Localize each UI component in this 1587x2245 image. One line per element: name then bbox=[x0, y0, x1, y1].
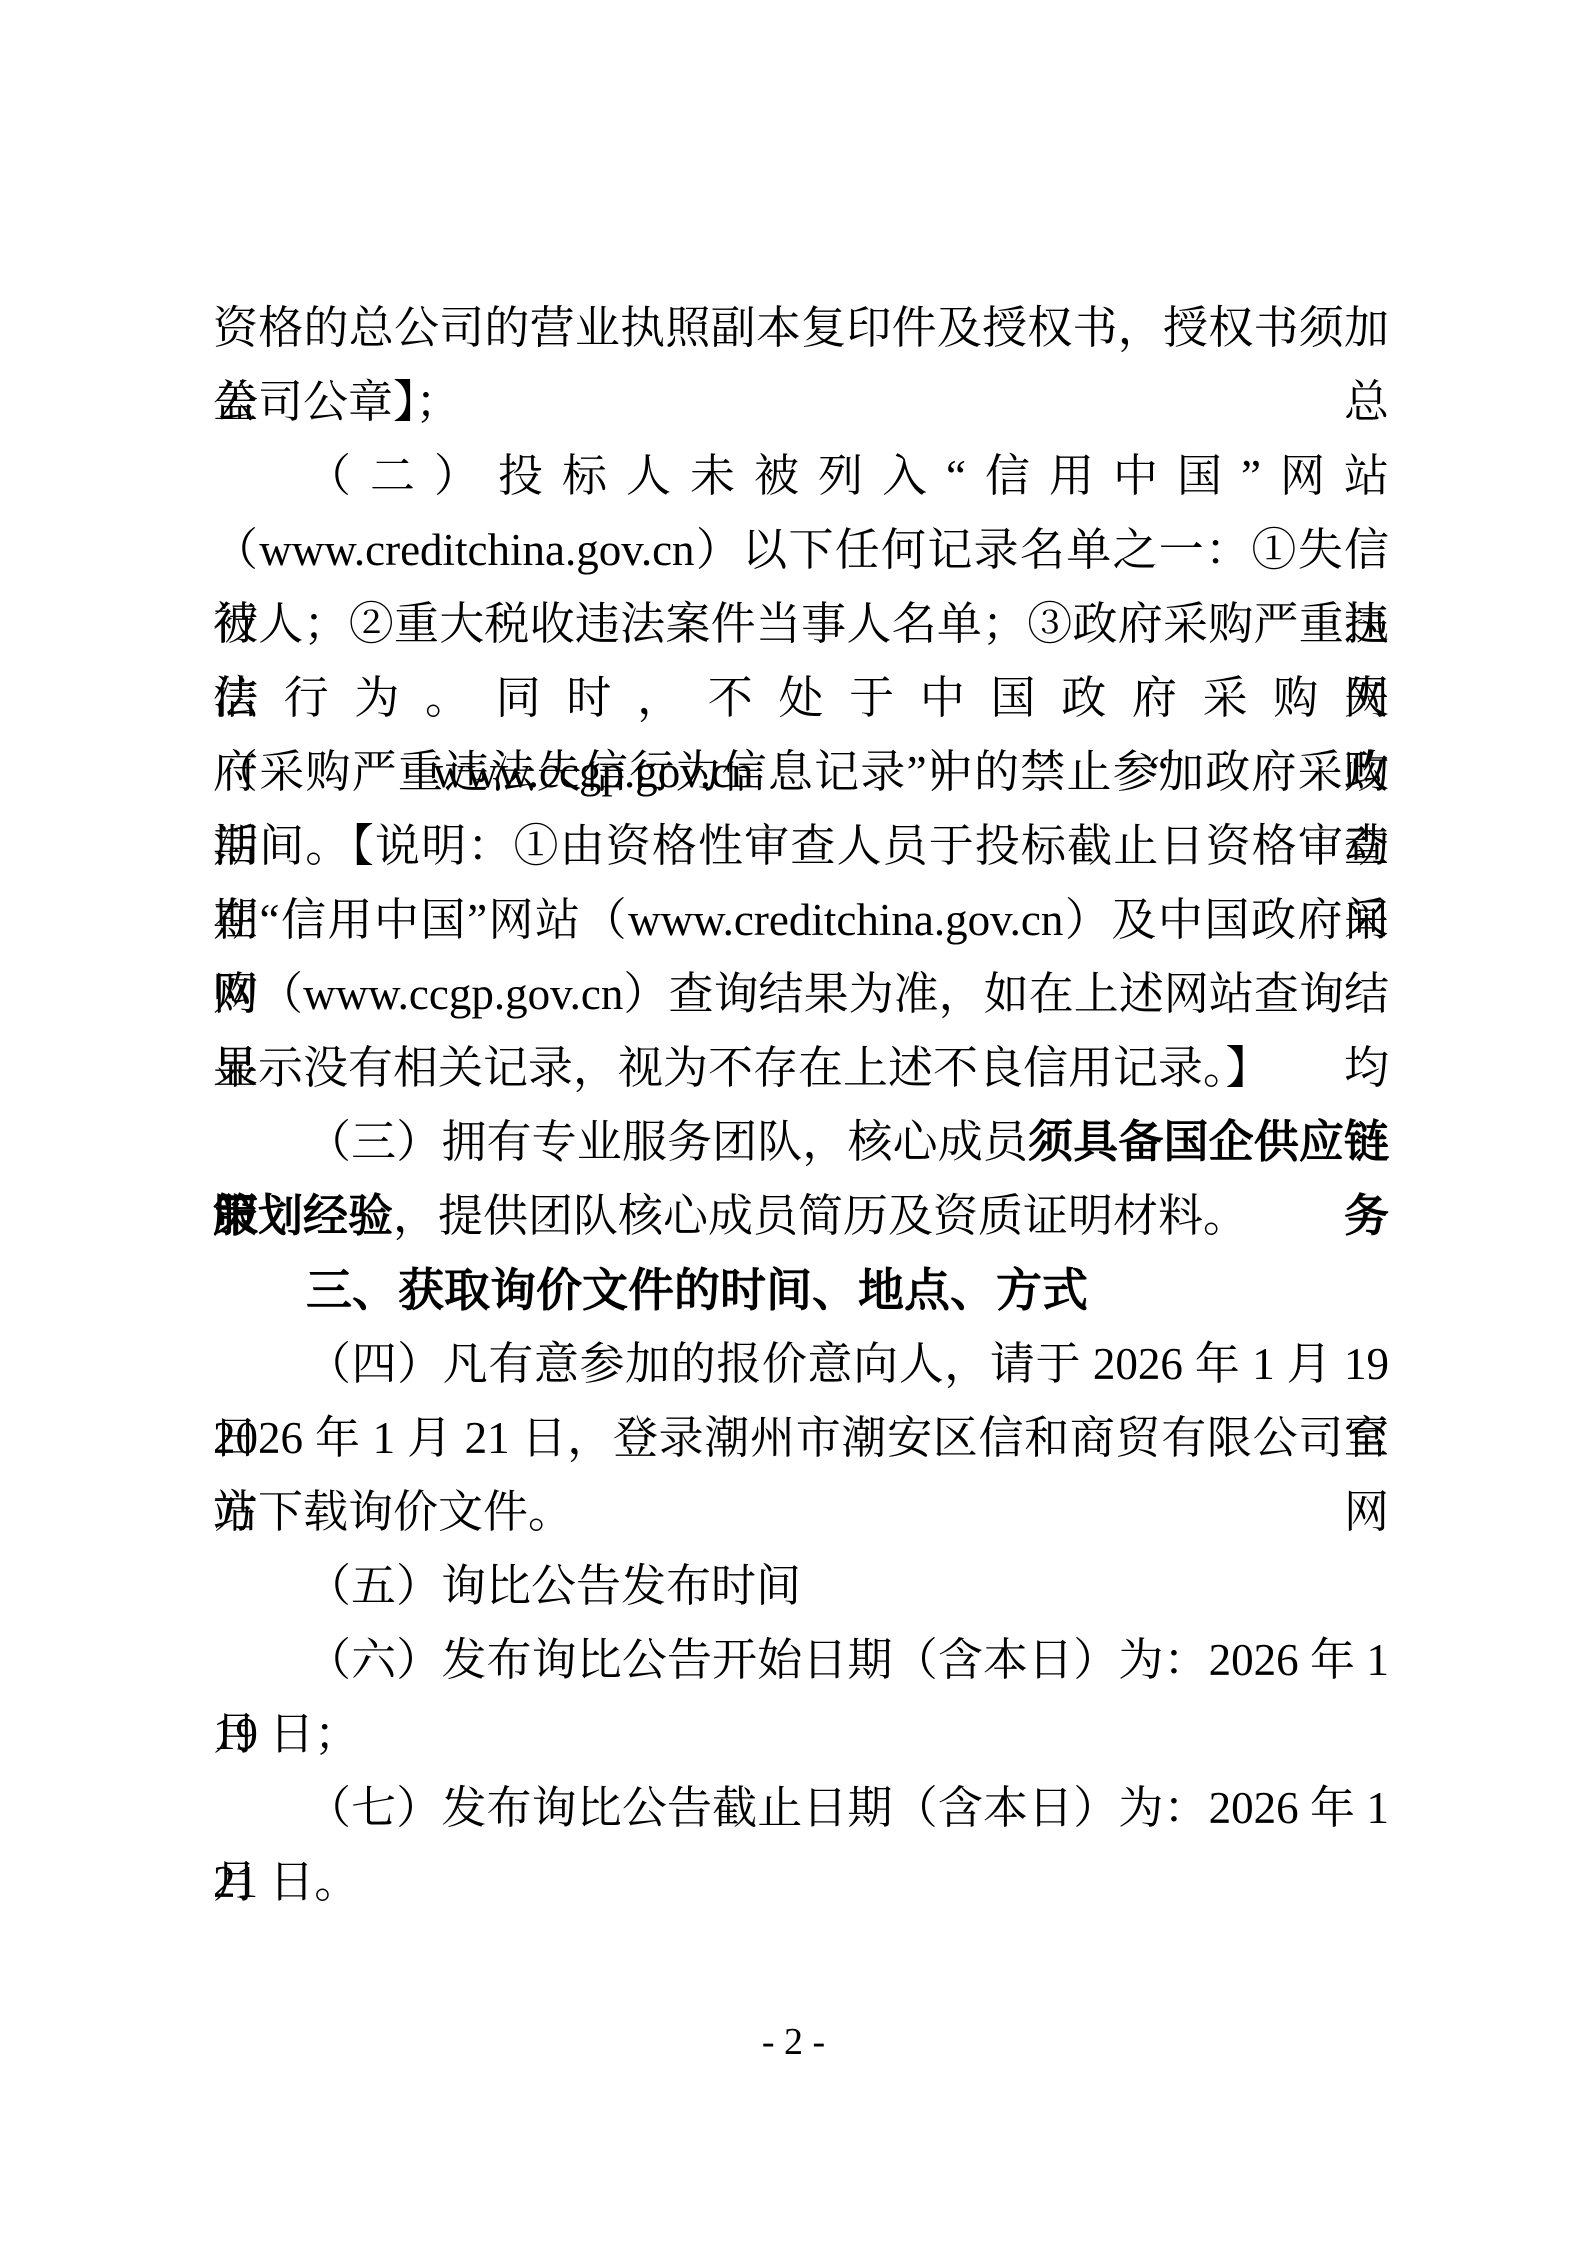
paragraph-line: 2026 年 1 月 21 日，登录潮州市潮安区信和商贸有限公司官方网 bbox=[213, 1401, 1389, 1475]
line-text: （三）拥有专业服务团队，核心成员 bbox=[306, 1117, 1028, 1167]
section-3-heading: 三、获取询价文件的时间、地点、方式 bbox=[213, 1253, 1389, 1327]
paragraph-line-item-2: （二）投标人未被列入“信用中国”网站 bbox=[213, 439, 1389, 513]
line-text: 公司公章】； bbox=[213, 377, 461, 427]
paragraph-line-item-7: （七）发布询比公告截止日期（含本日）为：2026 年 1 月 bbox=[213, 1771, 1389, 1845]
paragraph-line-item-6: （六）发布询比公告开始日期（含本日）为：2026 年 1 月 bbox=[213, 1623, 1389, 1697]
paragraph-line: 行人；②重大税收违法案件当事人名单；③政府采购严重违法失 bbox=[213, 587, 1389, 661]
line-text-emphasis: 策划经验 bbox=[213, 1191, 393, 1241]
line-text: （五）询比公告发布时间 bbox=[306, 1561, 801, 1611]
heading-text: 三、获取询价文件的时间、地点、方式 bbox=[306, 1264, 1088, 1316]
line-text: 显示没有相关记录，视为不存在上述不良信用记录。】 bbox=[213, 1043, 1271, 1093]
paragraph-line: 19 日； bbox=[213, 1697, 1389, 1771]
paragraph-line: 信行为。同时，不处于中国政府采购网（www.ccgp.gov.cn）“政 bbox=[213, 661, 1389, 735]
paragraph-line: 21 日。 bbox=[213, 1845, 1389, 1919]
paragraph-line-item-3: （三）拥有专业服务团队，核心成员须具备国企供应链服务 bbox=[213, 1105, 1389, 1179]
paragraph-line-item-4: （四）凡有意参加的报价意向人，请于 2026 年 1 月 19 日至 bbox=[213, 1327, 1389, 1401]
paragraph-line: 网（www.ccgp.gov.cn）查询结果为准，如在上述网站查询结果均 bbox=[213, 957, 1389, 1031]
document-page: 资格的总公司的营业执照副本复印件及授权书，授权书须加盖总 公司公章】； （二）投… bbox=[0, 0, 1587, 2245]
paragraph-line: 府采购严重违法失信行为信息记录”中的禁止参加政府采购活动 bbox=[213, 735, 1389, 809]
document-body: 资格的总公司的营业执照副本复印件及授权书，授权书须加盖总 公司公章】； （二）投… bbox=[213, 291, 1389, 1919]
paragraph-line: 策划经验，提供团队核心成员简历及资质证明材料。 bbox=[213, 1179, 1389, 1253]
line-text: 19 日； bbox=[213, 1709, 359, 1759]
paragraph-line: （www.creditchina.gov.cn）以下任何记录名单之一：①失信被执 bbox=[213, 513, 1389, 587]
line-text: （二）投标人未被列入“信用中国”网站 bbox=[306, 451, 1389, 501]
page-number: - 2 - bbox=[0, 2012, 1587, 2072]
paragraph-line: 期间。【说明：①由资格性审查人员于投标截止日资格审查期间 bbox=[213, 809, 1389, 883]
paragraph-line: 在“信用中国”网站（www.creditchina.gov.cn）及中国政府采购 bbox=[213, 883, 1389, 957]
paragraph-line: 资格的总公司的营业执照副本复印件及授权书，授权书须加盖总 bbox=[213, 291, 1389, 365]
line-text: ，提供团队核心成员简历及资质证明材料。 bbox=[393, 1191, 1248, 1241]
page-number-text: - 2 - bbox=[762, 2021, 825, 2063]
line-text: 21 日。 bbox=[213, 1857, 359, 1907]
paragraph-line: 显示没有相关记录，视为不存在上述不良信用记录。】 bbox=[213, 1031, 1389, 1105]
paragraph-line-item-5: （五）询比公告发布时间 bbox=[213, 1549, 1389, 1623]
line-text: 站下载询价文件。 bbox=[213, 1487, 573, 1537]
